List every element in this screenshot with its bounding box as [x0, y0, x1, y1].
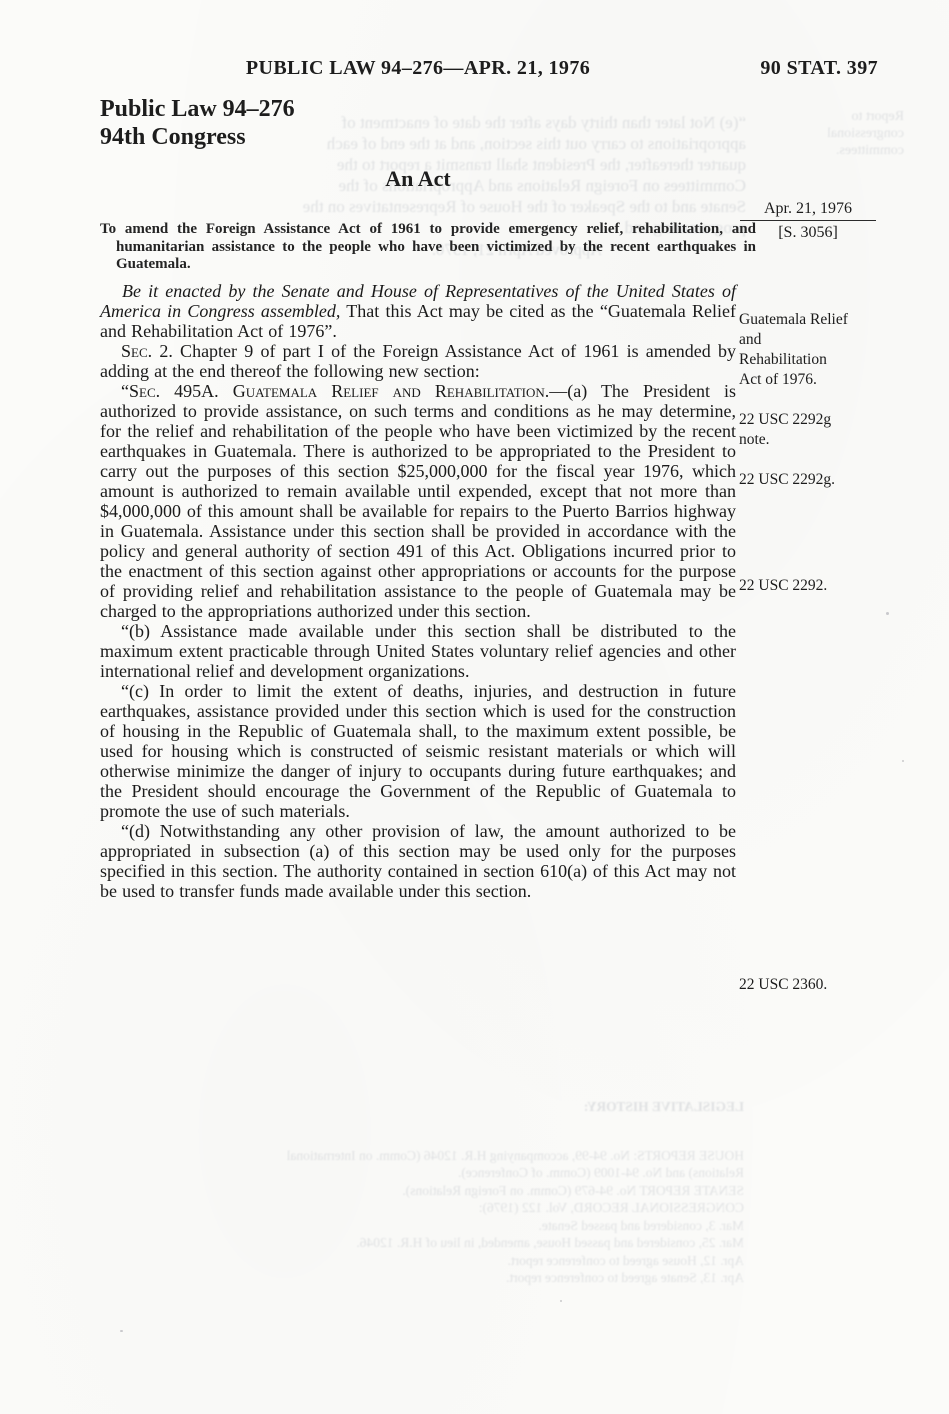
scan-speck: [560, 1300, 562, 1302]
scan-speck: [902, 760, 904, 762]
section-2: Sec. 2. Chapter 9 of part I of the Forei…: [100, 341, 736, 381]
section-495a-label: “Sec. 495A. Guatemala Relief and Rehabil…: [121, 381, 549, 401]
act-preamble: To amend the Foreign Assistance Act of 1…: [100, 221, 756, 274]
bleed-through-history-lines: HOUSE REPORTS: No. 94-99, accompanying H…: [78, 1147, 744, 1287]
margin-date-block: Apr. 21, 1976 [S. 3056]: [738, 200, 878, 242]
bleed-through-history-heading: LEGISLATIVE HISTORY:: [78, 1098, 744, 1116]
statute-citation: 90 STAT. 397: [730, 57, 878, 80]
margin-note-short-title: Guatemala Relief and Rehabilitation Act …: [739, 290, 889, 510]
bleed-through-legislative-history: LEGISLATIVE HISTORY: HOUSE REPORTS: No. …: [78, 1080, 744, 1304]
congress-label: 94th Congress: [100, 124, 246, 151]
section-495a-text: —(a) The President is authorized to prov…: [100, 381, 736, 621]
bill-number: [S. 3056]: [738, 224, 878, 242]
par-b: “(b) Assistance made available under thi…: [100, 621, 736, 681]
scan-speck: [120, 1330, 123, 1332]
document-page: Report to congressional committees. “(e)…: [0, 0, 949, 1414]
margin-note-usc-2292: 22 USC 2292.: [739, 576, 889, 596]
par-c: “(c) In order to limit the extent of dea…: [100, 681, 736, 821]
scan-speck: [886, 612, 889, 615]
margin-note-short-title-text: Guatemala Relief and Rehabilitation Act …: [739, 310, 889, 390]
par-d: “(d) Notwithstanding any other provision…: [100, 821, 736, 901]
margin-note-usc-2292g-note: 22 USC 2292g note.: [739, 410, 889, 450]
section-2-label: Sec. 2.: [121, 341, 173, 361]
running-header-title: PUBLIC LAW 94–276—APR. 21, 1976: [100, 57, 736, 80]
margin-note-usc-2292g: 22 USC 2292g.: [739, 470, 889, 490]
public-law-number: Public Law 94–276: [100, 96, 295, 123]
act-heading: An Act: [100, 166, 736, 192]
margin-note-usc-2360: 22 USC 2360.: [739, 975, 889, 995]
section-2-text: Chapter 9 of part I of the Foreign Assis…: [100, 341, 736, 381]
enactment-date: Apr. 21, 1976: [740, 200, 876, 221]
section-495a-par-a: “Sec. 495A. Guatemala Relief and Rehabil…: [100, 381, 736, 621]
bleed-through-margin-note: Report to congressional committees.: [764, 108, 904, 159]
enacting-clause: Be it enacted by the Senate and House of…: [100, 281, 736, 341]
act-body: Be it enacted by the Senate and House of…: [100, 281, 736, 901]
